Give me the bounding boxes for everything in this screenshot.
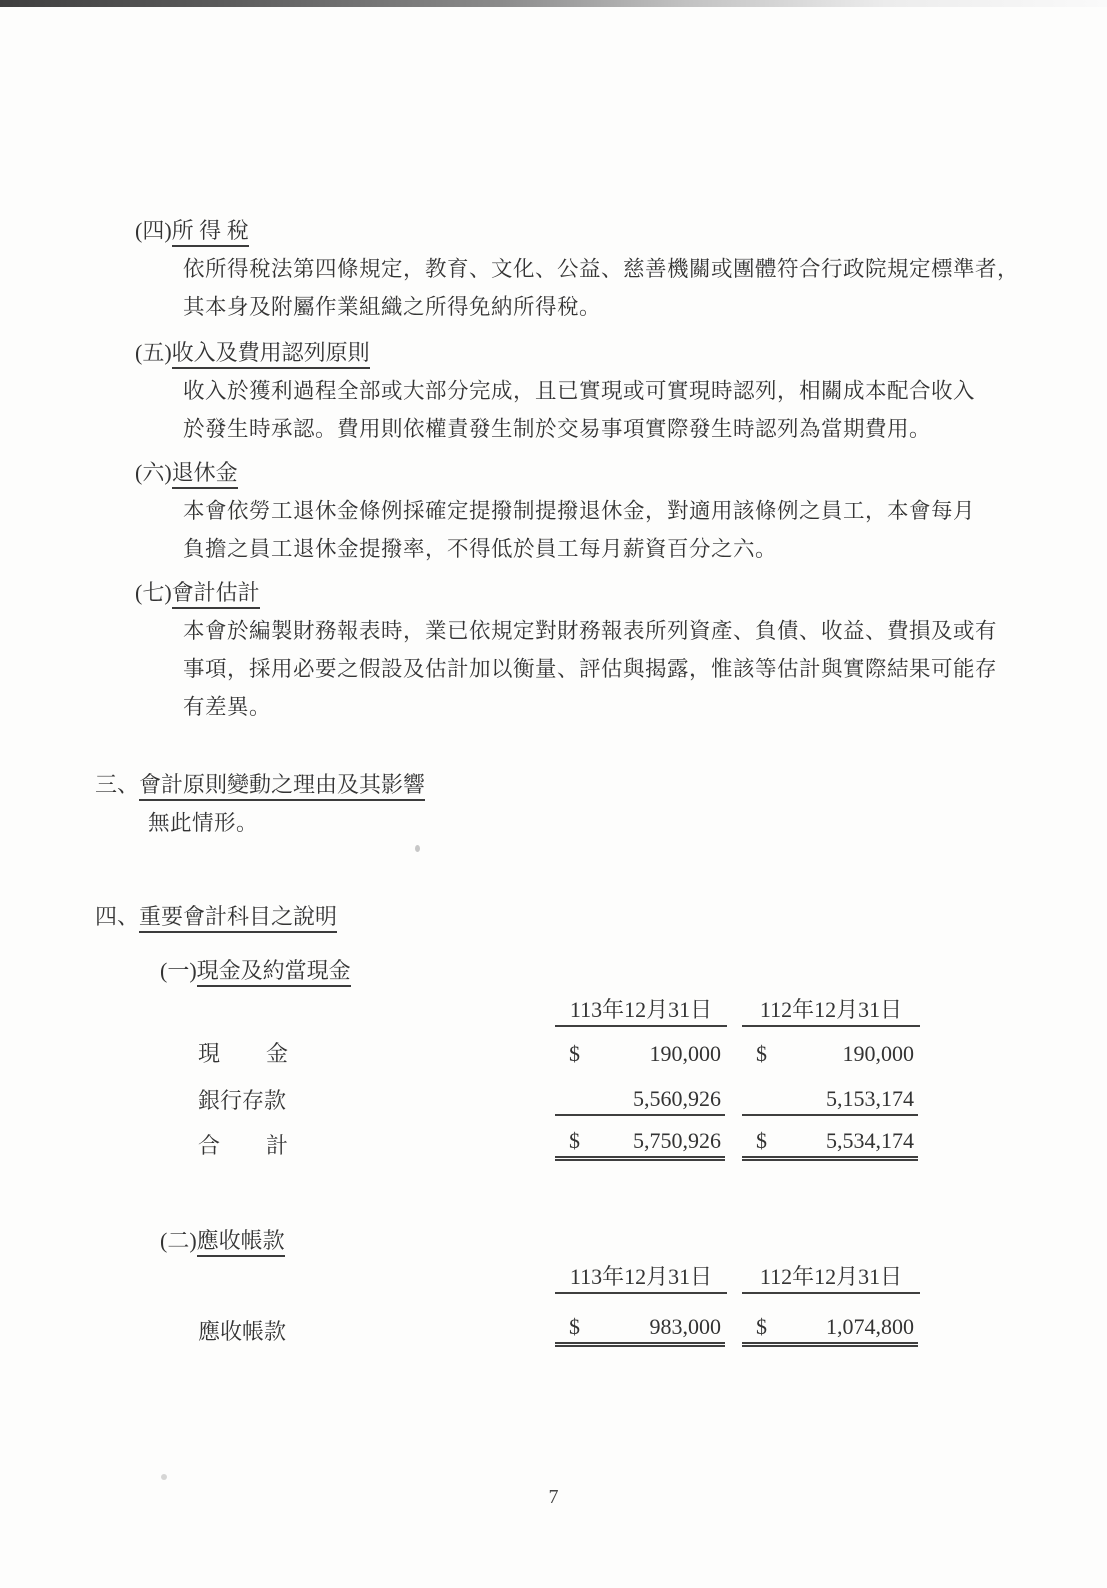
page-number: 7 [0,1486,1107,1509]
section-heading: (七)會計估計 [135,574,997,612]
row-label: 現金 [198,1039,555,1069]
section-heading: (五)收入及費用認列原則 [135,334,975,372]
row-label: 銀行存款 [198,1086,555,1116]
body-line: 本會依勞工退休金條例採確定提撥制提撥退休金，對適用該條例之員工，本會每月 [183,492,975,530]
value-cell: 5,560,926 [555,1084,725,1116]
row-label-char: 現 [198,1039,220,1069]
body-line: 事項，採用必要之假設及估計加以衡量、評估與揭露，惟該等估計與實際結果可能存 [183,650,997,688]
row-label: 合計 [198,1131,555,1161]
subsection-title: 應收帳款 [197,1228,285,1257]
value-cell: $ 1,074,800 [742,1312,918,1347]
section-pension: (六)退休金 本會依勞工退休金條例採確定提撥制提撥退休金，對適用該條例之員工，本… [135,454,975,568]
section-prefix: 三、 [95,772,139,797]
value-cell: $ 190,000 [555,1039,725,1069]
value-cell: $ 5,750,926 [555,1126,725,1161]
currency-sign: $ [569,1126,580,1156]
amount: 5,560,926 [633,1084,721,1114]
section-title: 會計估計 [172,580,260,609]
body-line: 於發生時承認。費用則依權責發生制於交易事項實際發生時認列為當期費用。 [183,410,975,448]
table-row-total: 合計 $ 5,750,926 $ 5,534,174 [198,1126,918,1161]
amount: 1,074,800 [826,1312,914,1342]
section-income-tax: (四)所 得 稅 依所得稅法第四條規定，教育、文化、公益、慈善機關或團體符合行政… [135,212,1019,326]
table-row-cash: 現金 $ 190,000 $ 190,000 [198,1039,918,1069]
row-label: 應收帳款 [198,1317,555,1347]
currency-sign: $ [756,1039,767,1069]
body-line: 其本身及附屬作業組織之所得免納所得稅。 [183,288,1019,326]
scan-edge-artifact [0,0,1107,7]
document-page: (四)所 得 稅 依所得稅法第四條規定，教育、文化、公益、慈善機關或團體符合行政… [0,0,1107,1588]
receivables-table: 113年12月31日 112年12月31日 應收帳款 $ 983,000 $ 1… [198,1262,938,1357]
table-row-accounts-receivable: 應收帳款 $ 983,000 $ 1,074,800 [198,1312,918,1347]
body-line: 無此情形。 [148,804,425,842]
body-line: 依所得稅法第四條規定，教育、文化、公益、慈善機關或團體符合行政院規定標準者， [183,250,1019,288]
section-heading: (四)所 得 稅 [135,212,1019,250]
section-prefix: (五) [135,340,172,365]
section-title: 所 得 稅 [172,218,249,247]
amount: 983,000 [650,1312,722,1342]
row-label-char: 金 [266,1039,288,1069]
section-heading: (六)退休金 [135,454,975,492]
scan-speck-artifact [415,845,420,852]
section-prefix: (七) [135,580,172,605]
section-prefix: (六) [135,460,172,485]
subsection-title: 現金及約當現金 [197,958,351,987]
value-cell: $ 190,000 [742,1039,918,1069]
body-line: 有差異。 [183,688,997,726]
amount: 5,153,174 [826,1084,914,1114]
subsection-prefix: (一) [160,958,197,983]
currency-sign: $ [756,1126,767,1156]
table-header-row: 113年12月31日 112年12月31日 [198,1262,920,1294]
value-cell: $ 5,534,174 [742,1126,918,1161]
subsection-accounts-receivable: (二)應收帳款 [160,1222,285,1260]
amount: 5,750,926 [633,1126,721,1156]
subsection-cash-and-equivalents: (一)現金及約當現金 [160,952,351,990]
subsection-heading: (二)應收帳款 [160,1222,285,1260]
section-accounting-estimates: (七)會計估計 本會於編製財務報表時，業已依規定對財務報表所列資產、負債、收益、… [135,574,997,726]
currency-sign: $ [569,1312,580,1342]
section-heading: 四、重要會計科目之說明 [95,898,337,936]
section-accounting-principle-changes: 三、會計原則變動之理由及其影響 無此情形。 [95,766,425,842]
subsection-prefix: (二) [160,1228,197,1253]
value-cell: $ 983,000 [555,1312,725,1347]
column-header-current-year: 113年12月31日 [555,995,727,1027]
amount: 5,534,174 [826,1126,914,1156]
cash-table: 113年12月31日 112年12月31日 現金 $ 190,000 $ 190… [198,995,938,1175]
section-heading: 三、會計原則變動之理由及其影響 [95,766,425,804]
section-title: 重要會計科目之說明 [139,904,337,933]
section-title: 退休金 [172,460,238,489]
column-header-current-year: 113年12月31日 [555,1262,727,1294]
currency-sign: $ [756,1312,767,1342]
value-cell: 5,153,174 [742,1084,918,1116]
row-label-char: 合 [198,1131,220,1161]
table-row-bank-deposits: 銀行存款 5,560,926 5,153,174 [198,1084,918,1116]
subsection-heading: (一)現金及約當現金 [160,952,351,990]
row-label-char: 計 [266,1131,288,1161]
section-title: 會計原則變動之理由及其影響 [139,772,425,801]
scan-speck-artifact [161,1474,167,1480]
section-significant-accounts: 四、重要會計科目之說明 [95,898,337,936]
amount: 190,000 [650,1039,722,1069]
section-prefix: 四、 [95,904,139,929]
body-line: 收入於獲利過程全部或大部分完成，且已實現或可實現時認列，相關成本配合收入 [183,372,975,410]
currency-sign: $ [569,1039,580,1069]
section-prefix: (四) [135,218,172,243]
column-header-prior-year: 112年12月31日 [742,1262,920,1294]
section-revenue-recognition: (五)收入及費用認列原則 收入於獲利過程全部或大部分完成，且已實現或可實現時認列… [135,334,975,448]
body-line: 負擔之員工退休金提撥率，不得低於員工每月薪資百分之六。 [183,530,975,568]
body-line: 本會於編製財務報表時，業已依規定對財務報表所列資產、負債、收益、費損及或有 [183,612,997,650]
amount: 190,000 [843,1039,915,1069]
table-header-row: 113年12月31日 112年12月31日 [198,995,920,1027]
section-title: 收入及費用認列原則 [172,340,370,369]
column-header-prior-year: 112年12月31日 [742,995,920,1027]
